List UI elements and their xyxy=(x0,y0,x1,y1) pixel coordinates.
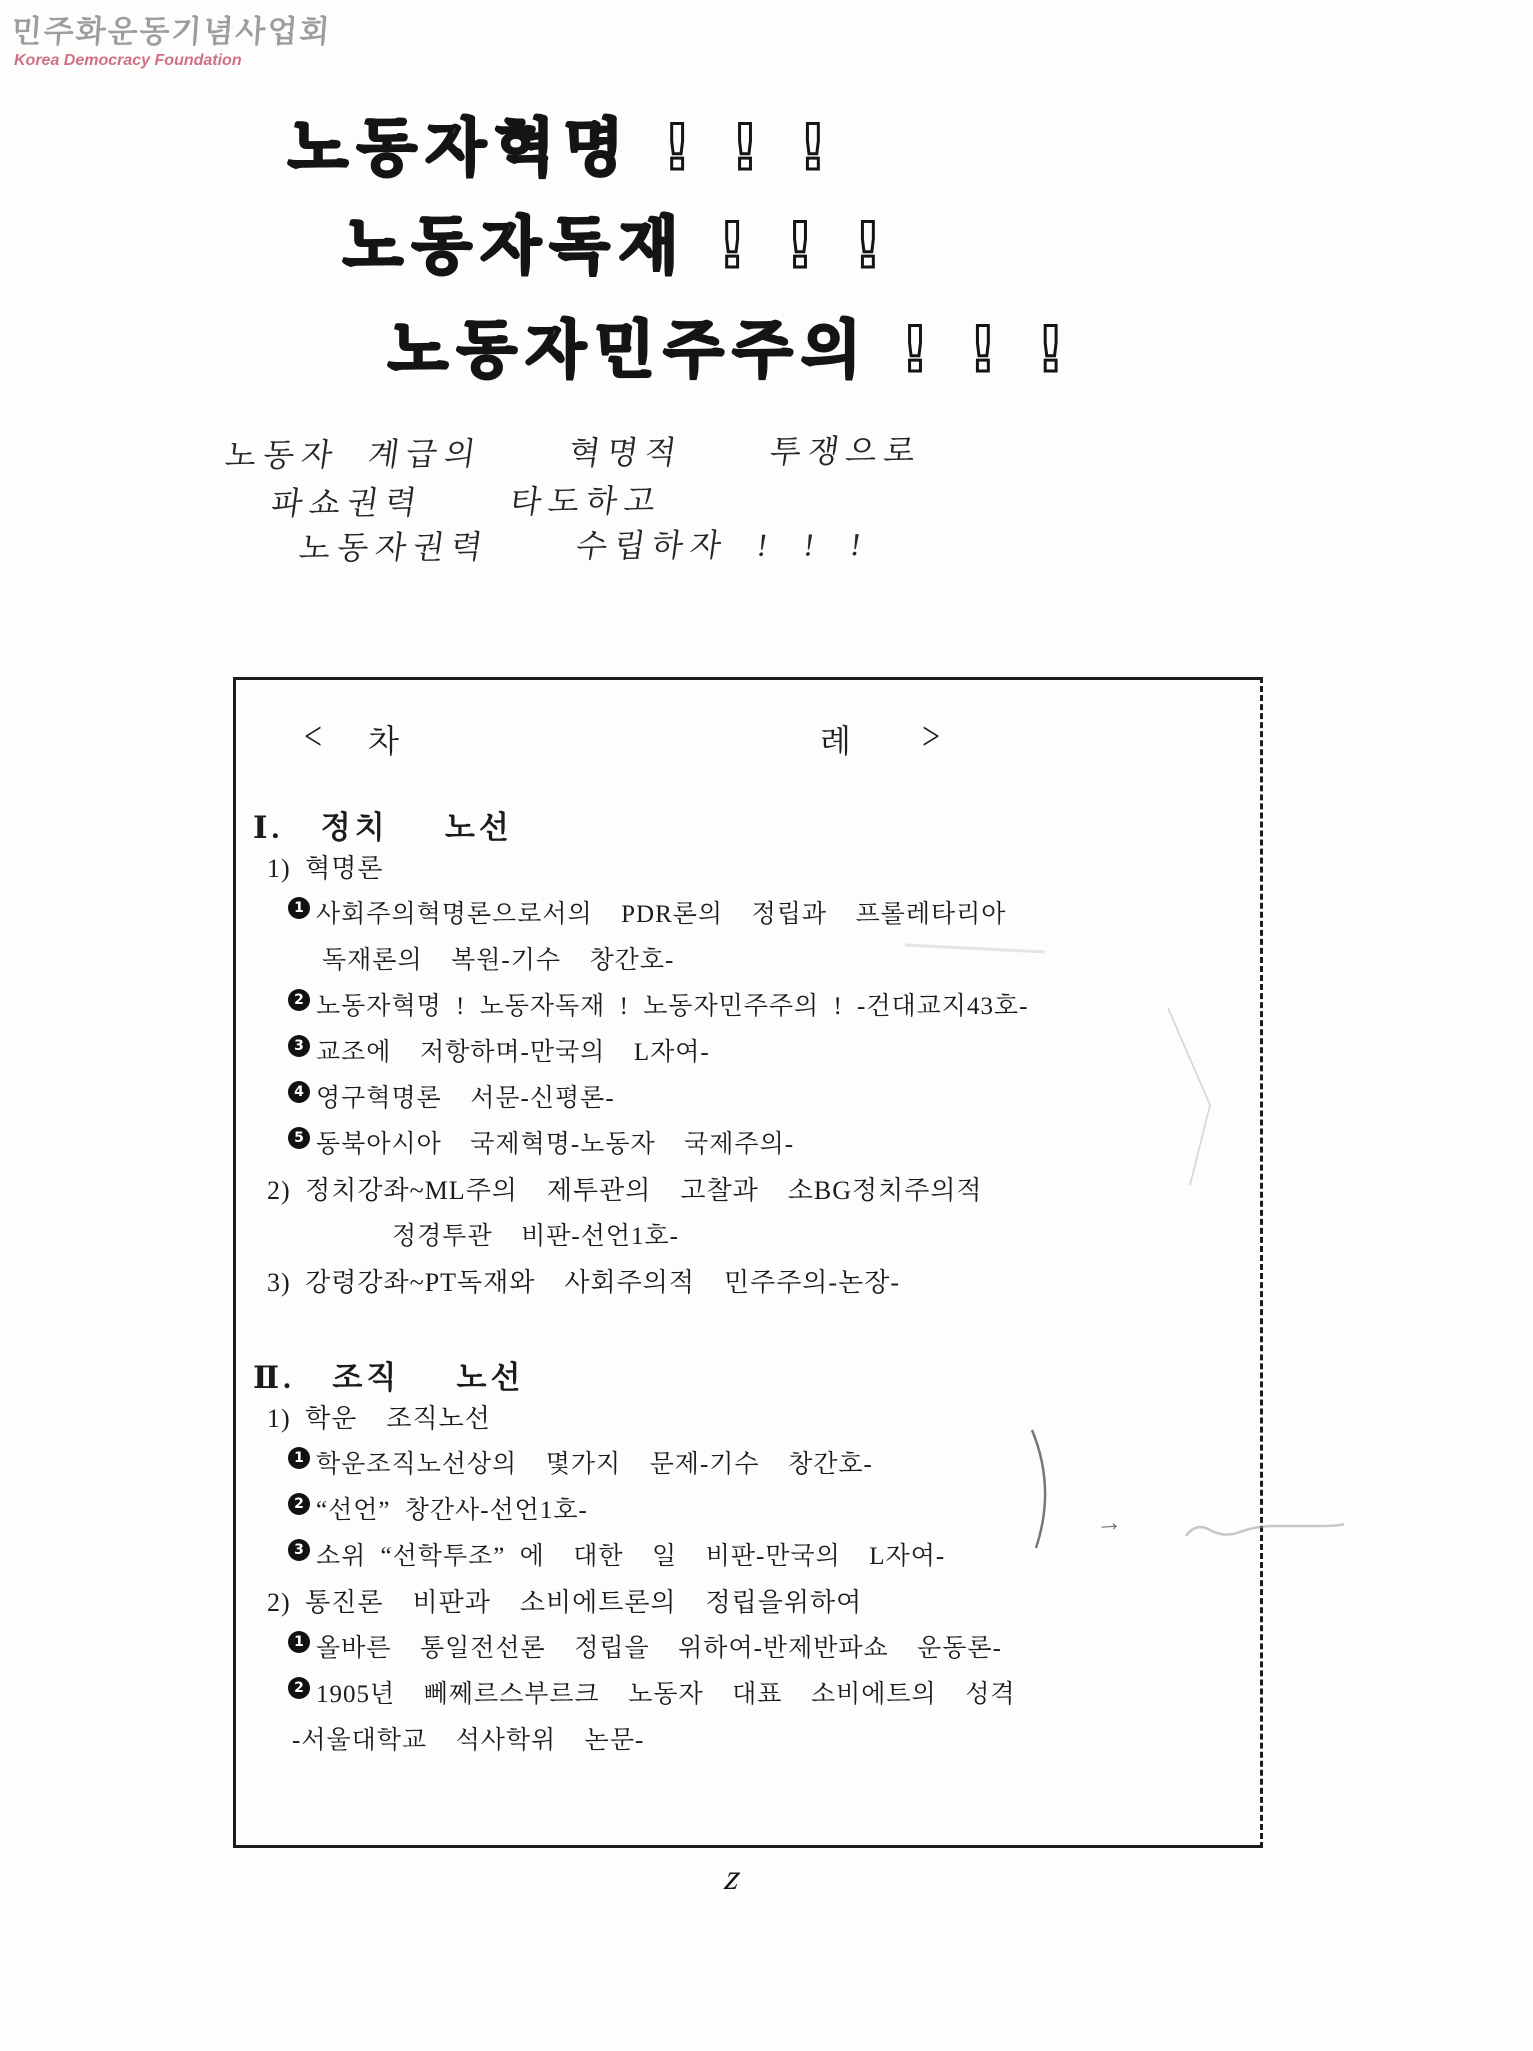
toc-line-text: -서울대학교 석사학위 논문- xyxy=(292,1720,644,1756)
logo-english: Korea Democracy Foundation xyxy=(14,52,331,70)
toc-line-text: 3) 강령강좌~PT독재와 사회주의적 민주주의-논장- xyxy=(267,1262,900,1299)
toc-line: Ⅰ. 정치 노선 xyxy=(236,802,1260,848)
toc-line: 3) 강령강좌~PT독재와 사회주의적 민주주의-논장- xyxy=(236,1262,1260,1308)
toc-line-text: 사회주의혁명론으로서의 PDR론의 정립과 프롤레타리아 xyxy=(316,894,1006,930)
toc-line: 1) 학운 조직노선 xyxy=(236,1398,1260,1444)
toc-line-text: 영구혁명론 서문-신평론- xyxy=(316,1078,615,1114)
numbered-bullet-icon: 1 xyxy=(288,1631,310,1653)
toc-line-text: 동북아시아 국제혁명-노동자 국제주의- xyxy=(316,1124,794,1160)
toc-line-text: 2) 정치강좌~ML주의 제투관의 고찰과 소BG정치주의적 xyxy=(267,1170,983,1207)
toc-line: 독재론의 복원-기수 창간호- xyxy=(236,940,1260,986)
toc-line: 2노동자혁명 ! 노동자독재 ! 노동자민주주의 ! -건대교지43호- xyxy=(236,986,1260,1032)
numbered-bullet-icon: 3 xyxy=(288,1539,310,1561)
title-line-3: 노동자민주주의 ! ! ! xyxy=(388,300,1074,389)
numbered-bullet-icon: 5 xyxy=(288,1127,310,1149)
annotation-arrow: → xyxy=(1095,1507,1121,1539)
numbered-bullet-icon: 3 xyxy=(288,1035,310,1057)
toc-line-text: 1905년 뻬쩨르스부르크 노동자 대표 소비에트의 성격 xyxy=(316,1674,1016,1710)
numbered-bullet-icon: 2 xyxy=(288,989,310,1011)
slogan-line-1: 노동자 계급의 혁명적 투쟁으로 xyxy=(223,426,926,477)
toc-line-text: 올바른 통일전선론 정립을 위하여-반제반파쇼 운동론- xyxy=(316,1628,1002,1664)
numbered-bullet-icon: 2 xyxy=(288,1677,310,1699)
toc-line-text: 1) 혁명론 xyxy=(267,848,384,885)
toc-line-text: 노동자혁명 ! 노동자독재 ! 노동자민주주의 ! -건대교지43호- xyxy=(316,986,1028,1022)
toc-line: 1사회주의혁명론으로서의 PDR론의 정립과 프롤레타리아 xyxy=(236,894,1260,940)
toc-header-close-bracket: > xyxy=(922,713,940,759)
toc-box: < 차 례 > Ⅰ. 정치 노선1) 혁명론1사회주의혁명론으로서의 PDR론의… xyxy=(233,677,1263,1848)
toc-line: Ⅱ. 조직 노선 xyxy=(236,1352,1260,1398)
toc-line: 5동북아시아 국제혁명-노동자 국제주의- xyxy=(236,1124,1260,1170)
toc-line: 3소위 “선학투조” 에 대한 일 비판-만국의 L자여- xyxy=(236,1536,1260,1582)
toc-line: 1학운조직노선상의 몇가지 문제-기수 창간호- xyxy=(236,1444,1260,1490)
toc-line: 3교조에 저항하며-만국의 L자여- xyxy=(236,1032,1260,1078)
toc-line: 21905년 뻬쩨르스부르크 노동자 대표 소비에트의 성격 xyxy=(236,1674,1260,1720)
toc-line: 정경투관 비판-선언1호- xyxy=(236,1216,1260,1262)
document-page: 민주화운동기념사업회 Korea Democracy Foundation 노동… xyxy=(0,0,1533,2051)
toc-line: 4영구혁명론 서문-신평론- xyxy=(236,1078,1260,1124)
toc-line-text: Ⅱ. 조직 노선 xyxy=(253,1352,524,1397)
toc-line-text: 소위 “선학투조” 에 대한 일 비판-만국의 L자여- xyxy=(316,1536,945,1572)
title-line-2: 노동자독재 ! ! ! xyxy=(343,196,891,285)
numbered-bullet-icon: 1 xyxy=(288,897,310,919)
toc-line-text: 1) 학운 조직노선 xyxy=(267,1398,491,1435)
slogan-line-2: 파쇼권력 타도하고 xyxy=(269,476,666,525)
logo: 민주화운동기념사업회 Korea Democracy Foundation xyxy=(12,6,331,70)
logo-korean: 민주화운동기념사업회 xyxy=(10,6,333,51)
toc-line-text: 정경투관 비판-선언1호- xyxy=(392,1216,679,1252)
toc-line: 2) 정치강좌~ML주의 제투관의 고찰과 소BG정치주의적 xyxy=(236,1170,1260,1216)
numbered-bullet-icon: 2 xyxy=(288,1493,310,1515)
toc-line-text: 독재론의 복원-기수 창간호- xyxy=(322,940,674,976)
toc-line: 1) 혁명론 xyxy=(236,848,1260,894)
page-number: z xyxy=(722,1856,743,1898)
title-line-1: 노동자혁명 ! ! ! xyxy=(288,98,836,187)
slogan-line-3: 노동자권력 수립하자 ! ! ! xyxy=(297,519,872,569)
toc-line-text: Ⅰ. 정치 노선 xyxy=(253,802,513,847)
toc-line-text: “선언” 창간사-선언1호- xyxy=(316,1490,588,1526)
toc-line-text: 교조에 저항하며-만국의 L자여- xyxy=(316,1032,710,1068)
toc-line-text: 학운조직노선상의 몇가지 문제-기수 창간호- xyxy=(316,1444,873,1480)
toc-line: 1올바른 통일전선론 정립을 위하여-반제반파쇼 운동론- xyxy=(236,1628,1260,1674)
toc-header: < 차 례 > xyxy=(236,706,1260,776)
toc-header-rye: 례 xyxy=(820,716,851,762)
toc-line: 2) 통진론 비판과 소비에트론의 정립을위하여 xyxy=(236,1582,1260,1628)
toc-line-text: 2) 통진론 비판과 소비에트론의 정립을위하여 xyxy=(267,1582,862,1619)
numbered-bullet-icon: 4 xyxy=(288,1081,310,1103)
toc-header-cha: 차 xyxy=(368,716,399,762)
toc-line: -서울대학교 석사학위 논문- xyxy=(236,1720,1260,1766)
numbered-bullet-icon: 1 xyxy=(288,1447,310,1469)
toc-list: Ⅰ. 정치 노선1) 혁명론1사회주의혁명론으로서의 PDR론의 정립과 프롤레… xyxy=(236,802,1260,1766)
toc-header-open-bracket: < xyxy=(304,713,322,759)
